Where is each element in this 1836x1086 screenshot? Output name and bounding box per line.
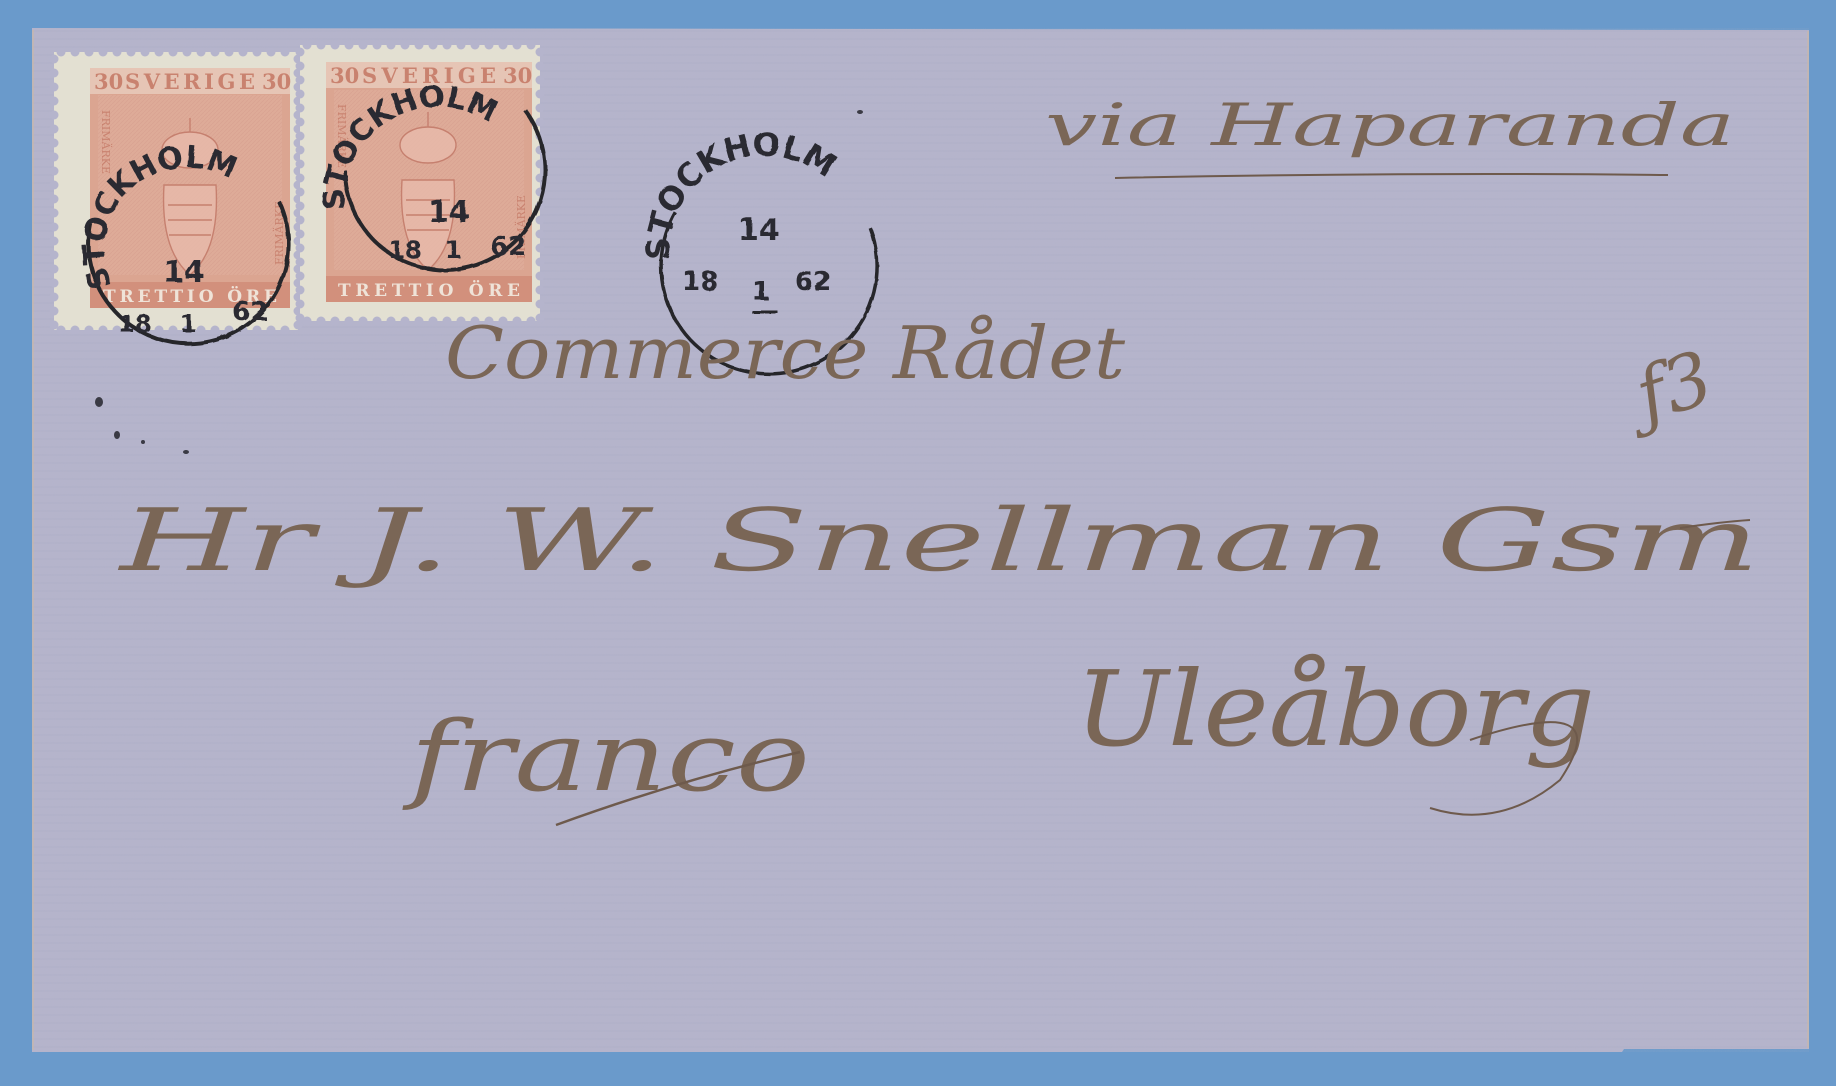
postmark-date-mid: 1	[752, 277, 770, 307]
stamp-denomination-text: TRETTIO ÖRE	[338, 280, 520, 301]
routing-instruction: via Haparanda	[1045, 91, 1735, 159]
postmark-day: 14	[738, 213, 780, 248]
stamp-value-right: 30	[503, 63, 532, 88]
postmark-date-mid: 1	[445, 236, 462, 264]
address-line-title: Commerce Rådet	[445, 311, 1126, 395]
postmark-date-left: 18	[388, 236, 421, 264]
address-line-name: Hr J. W. Snellman Gsm	[117, 491, 1760, 591]
postal-cover-photo: 30 SVERIGE 30 FRIMÄRKE FRIMÄRKE TRETTIO …	[0, 0, 1836, 1086]
postmark-date-right: 62	[490, 232, 526, 262]
postmark-date-right: 62	[795, 267, 831, 297]
stamp-side-text: FRIMÄRKE	[99, 110, 113, 174]
postmark-date-left: 18	[118, 310, 151, 338]
stamp-value-left: 30	[330, 63, 359, 88]
postmark-date-right: 62	[232, 297, 268, 327]
franco-note: franco	[402, 701, 810, 813]
stamp-value-right: 30	[262, 69, 291, 94]
stamp-value-left: 30	[94, 69, 123, 94]
postmark-day: 14	[428, 195, 470, 230]
postmark-date-left: 18	[682, 267, 718, 297]
postmark-day: 14	[163, 255, 205, 290]
destination-city: Uleåborg	[1075, 648, 1595, 770]
postmark-date-mid: 1	[180, 310, 197, 338]
